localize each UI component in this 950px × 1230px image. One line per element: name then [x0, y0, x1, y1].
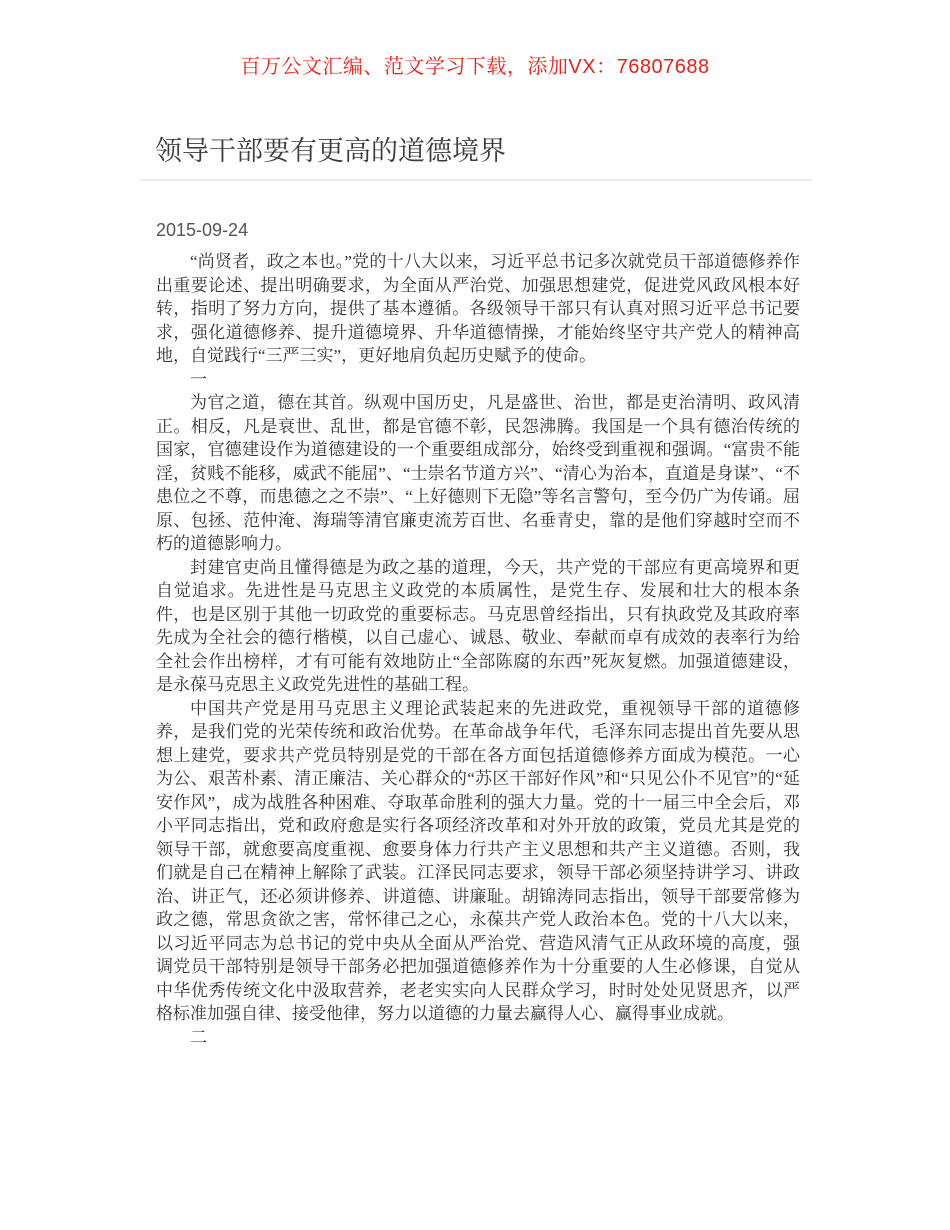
title-divider	[139, 179, 812, 181]
section-marker-one: 一	[156, 368, 800, 392]
article-paragraph: 为官之道，德在其首。纵观中国历史，凡是盛世、治世，都是吏治清明、政风清正。相反，…	[156, 391, 800, 556]
article-paragraph: “尚贤者，政之本也。”党的十八大以来，习近平总书记多次就党员干部道德修养作出重要…	[156, 250, 800, 368]
section-marker-two: 二	[156, 1026, 800, 1050]
promo-banner: 百万公文汇编、范文学习下载，添加VX：76807688	[0, 0, 950, 80]
article-date: 2015-09-24	[139, 220, 812, 241]
article-paragraph: 中国共产党是用马克思主义理论武装起来的先进政党，重视领导干部的道德修养，是我们党…	[156, 697, 800, 1026]
promo-banner-text: 百万公文汇编、范文学习下载，添加VX：76807688	[240, 56, 709, 78]
article: 领导干部要有更高的道德境界 2015-09-24 “尚贤者，政之本也。”党的十八…	[139, 135, 812, 1049]
page-title: 领导干部要有更高的道德境界	[139, 135, 812, 167]
article-paragraph: 封建官吏尚且懂得德是为政之基的道理，今天，共产党的干部应有更高境界和更自觉追求。…	[156, 556, 800, 697]
article-body: “尚贤者，政之本也。”党的十八大以来，习近平总书记多次就党员干部道德修养作出重要…	[139, 250, 812, 1049]
